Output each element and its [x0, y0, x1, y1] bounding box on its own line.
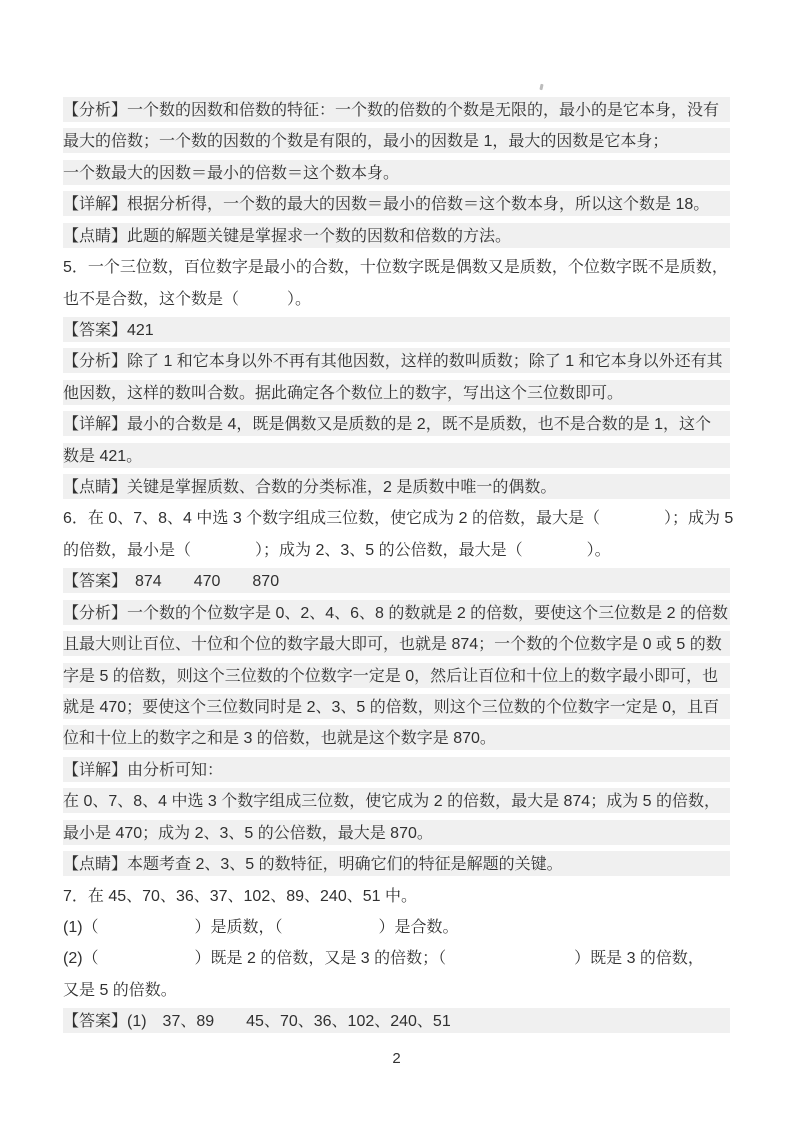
answer-text-line: 【答案】421 [63, 315, 730, 346]
answer-text-line: 【分析】一个数的因数和倍数的特征：一个数的倍数的个数是无限的，最小的是它本身，没… [63, 95, 730, 126]
answer-text-line: 他因数，这样的数叫合数。据此确定各个数位上的数字，写出这个三位数即可。 [63, 378, 730, 409]
answer-text-line: 【分析】除了 1 和它本身以外不再有其他因数，这样的数叫质数；除了 1 和它本身… [63, 346, 730, 377]
answer-text-line: 【答案】 874 470 870 [63, 566, 730, 597]
scan-artifact-mark [539, 84, 543, 90]
document-body: 【分析】一个数的因数和倍数的特征：一个数的倍数的个数是无限的，最小的是它本身，没… [63, 95, 730, 1038]
answer-text-line: 字是 5 的倍数，则这个三位数的个位数字一定是 0，然后让百位和十位上的数字最小… [63, 661, 730, 692]
question-text-line: 的倍数，最小是（ ）；成为 2、3、5 的公倍数，最大是（ ）。 [63, 535, 730, 566]
answer-text-line: 【分析】一个数的个位数字是 0、2、4、6、8 的数就是 2 的倍数，要使这个三… [63, 598, 730, 629]
question-text-line: (2)（ ）既是 2 的倍数，又是 3 的倍数；（ ）既是 3 的倍数， [63, 943, 730, 974]
answer-text-line: 【点睛】本题考查 2、3、5 的数特征，明确它们的特征是解题的关键。 [63, 849, 730, 880]
page-number: 2 [0, 1050, 793, 1067]
question-text-line: 又是 5 的倍数。 [63, 975, 730, 1006]
question-text-line: 5．一个三位数，百位数字是最小的合数，十位数字既是偶数又是质数，个位数字既不是质… [63, 252, 730, 283]
worksheet-page: 【分析】一个数的因数和倍数的特征：一个数的倍数的个数是无限的，最小的是它本身，没… [0, 0, 793, 1122]
question-text-line: 7．在 45、70、36、37、102、89、240、51 中。 [63, 881, 730, 912]
answer-text-line: 数是 421。 [63, 441, 730, 472]
answer-text-line: 【详解】根据分析得，一个数的最大的因数＝最小的倍数＝这个数本身，所以这个数是 1… [63, 189, 730, 220]
answer-text-line: 就是 470；要使这个三位数同时是 2、3、5 的倍数，则这个三位数的个位数字一… [63, 692, 730, 723]
answer-text-line: 【点睛】关键是掌握质数、合数的分类标准，2 是质数中唯一的偶数。 [63, 472, 730, 503]
answer-text-line: 【点睛】此题的解题关键是掌握求一个数的因数和倍数的方法。 [63, 221, 730, 252]
question-text-line: 也不是合数，这个数是（ ）。 [63, 284, 730, 315]
answer-text-line: 【详解】最小的合数是 4，既是偶数又是质数的是 2，既不是质数，也不是合数的是 … [63, 409, 730, 440]
answer-text-line: 在 0、7、8、4 中选 3 个数字组成三位数，使它成为 2 的倍数，最大是 8… [63, 786, 730, 817]
answer-text-line: 【详解】由分析可知： [63, 755, 730, 786]
answer-text-line: 位和十位上的数字之和是 3 的倍数，也就是这个数字是 870。 [63, 723, 730, 754]
answer-text-line: 【答案】(1) 37、89 45、70、36、102、240、51 [63, 1006, 730, 1037]
answer-text-line: 且最大则让百位、十位和个位的数字最大即可，也就是 874；一个数的个位数字是 0… [63, 629, 730, 660]
answer-text-line: 一个数最大的因数＝最小的倍数＝这个数本身。 [63, 158, 730, 189]
question-text-line: (1)（ ）是质数，（ ）是合数。 [63, 912, 730, 943]
answer-text-line: 最大的倍数；一个数的因数的个数是有限的，最小的因数是 1，最大的因数是它本身； [63, 126, 730, 157]
answer-text-line: 最小是 470；成为 2、3、5 的公倍数，最大是 870。 [63, 818, 730, 849]
question-text-line: 6．在 0、7、8、4 中选 3 个数字组成三位数，使它成为 2 的倍数，最大是… [63, 503, 730, 534]
